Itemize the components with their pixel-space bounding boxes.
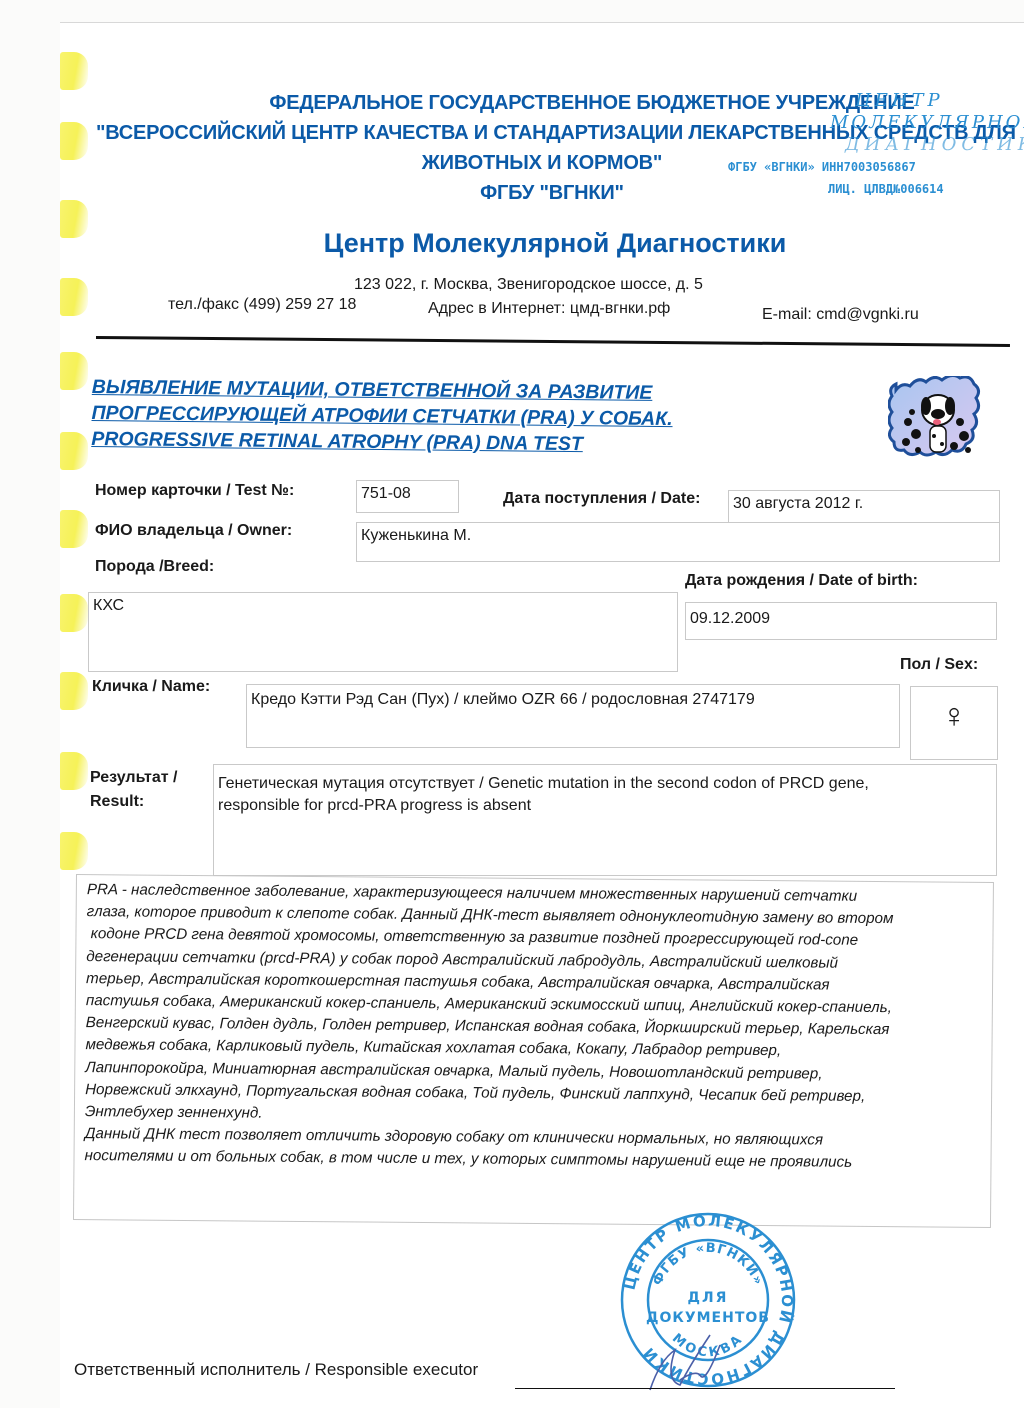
- result-label: Результат / Result:: [90, 766, 177, 814]
- rect-stamp-line-4: ФГБУ «ВГНКИ» ИНН7003056867: [728, 160, 916, 174]
- highlighter-mark: [60, 352, 88, 390]
- date-label: Дата поступления / Date:: [503, 490, 700, 508]
- sex-label: Пол / Sex:: [900, 656, 978, 674]
- result-label-en: Result:: [90, 790, 177, 814]
- rect-stamp-line-5: ЛИЦ. ЦЛВД№006614: [828, 182, 944, 196]
- highlighter-mark: [60, 510, 88, 548]
- rect-stamp-line-2: МОЛЕКУЛЯРНОЙ: [830, 112, 1024, 133]
- name-field: Кредо Кэтти Рэд Сан (Пух) / клеймо OZR 6…: [246, 684, 900, 748]
- birth-label: Дата рождения / Date of birth:: [685, 572, 918, 590]
- highlighter-mark: [60, 432, 88, 470]
- center-name: Центр Молекулярной Диагностики: [0, 228, 1024, 259]
- result-line-2: responsible for prcd-PRA progress is abs…: [218, 795, 992, 817]
- stamp-inner-top: ФГБУ «ВГНКИ»: [650, 1241, 766, 1288]
- address: 123 022, г. Москва, Звенигородское шоссе…: [354, 276, 703, 294]
- result-line-1: Генетическая мутация отсутствует / Genet…: [218, 773, 992, 795]
- test-no-field: 751-08: [356, 480, 459, 513]
- stamp-center-1: ДЛЯ: [688, 1290, 729, 1306]
- highlighter-mark: [60, 278, 88, 316]
- test-no-label: Номер карточки / Test №:: [95, 482, 294, 500]
- svg-text:ФГБУ «ВГНКИ»: ФГБУ «ВГНКИ»: [650, 1241, 766, 1288]
- owner-label: ФИО владельца / Owner:: [95, 522, 292, 540]
- signature-line: [515, 1388, 895, 1389]
- name-label: Кличка / Name:: [92, 678, 210, 696]
- date-field: 30 августа 2012 г.: [728, 490, 1000, 526]
- test-title: ВЫЯВЛЕНИЕ МУТАЦИИ, ОТВЕТСТВЕННОЙ ЗА РАЗВ…: [91, 374, 673, 458]
- birth-field: 09.12.2009: [685, 602, 997, 640]
- highlighter-mark: [60, 832, 88, 870]
- email: E-mail: cmd@vgnki.ru: [762, 306, 919, 324]
- result-label-ru: Результат /: [90, 766, 177, 790]
- dalmatian-puppy-icon: [888, 376, 984, 468]
- phone: тел./факс (499) 259 27 18: [168, 296, 356, 314]
- owner-field: Куженькина М.: [356, 522, 1000, 562]
- highlighter-mark: [60, 52, 88, 90]
- breed-label: Порода /Breed:: [95, 558, 214, 576]
- rect-stamp-line-3: ДИАГНОСТИКИ: [845, 134, 1024, 155]
- website: Адрес в Интернет: цмд-вгнки.рф: [428, 300, 670, 318]
- rect-stamp-line-1: ЦЕНТР: [855, 90, 944, 111]
- result-field: Генетическая мутация отсутствует / Genet…: [213, 764, 997, 876]
- test-description: PRA - наследственное заболевание, характ…: [73, 874, 994, 1228]
- responsible-executor-label: Ответственный исполнитель / Responsible …: [74, 1360, 478, 1380]
- female-symbol-icon: ♀: [910, 686, 998, 760]
- highlighter-mark: [60, 672, 88, 710]
- highlighter-mark: [60, 752, 88, 790]
- highlighter-mark: [60, 594, 88, 632]
- breed-field: КХС: [88, 592, 678, 672]
